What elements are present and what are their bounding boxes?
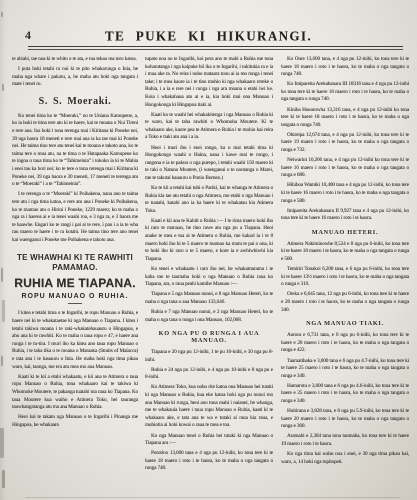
paragraph: Kaati e kii ana te Kahiti o Ruhia :— I t… — [145, 218, 273, 264]
masthead-title: TE PUKE KI HIKURANGI. — [0, 27, 417, 44]
paragraph: Ohireipa 12,674 tana, e 4 nga pu 12-inih… — [281, 132, 409, 155]
paragraph: Aramahi e 2,384 tana tona taumaha, ko to… — [281, 433, 409, 448]
paragraph: Ruhia e 7 nga Manuao nunui, e 2 nga Manu… — [145, 309, 273, 324]
paragraph: Hamarotu e 3,000 tana e 6 nga pu 4.6-ini… — [281, 383, 409, 406]
section-heading-nga-pu: KO NGA PU O RUNGA I AUA MANUAO. — [145, 330, 273, 344]
column-3: Ko Onre 13,600 tana, e 4 nga pu 12-inihi… — [281, 56, 409, 472]
paragraph: Ko Imipareita Arekahanara III 18316 tana… — [281, 81, 409, 104]
scan-artifact — [2, 84, 4, 91]
paragraph: Neiwarini 10,206 tana, e 4 nga pu 12-ini… — [281, 157, 409, 180]
scan-artifact — [1, 356, 3, 366]
paragraph: Ko nga Manuao tenei o Ruhia hei tutaki k… — [145, 433, 273, 448]
column-1: te ahiahi, tae noa ki te whitu o te ata,… — [12, 56, 138, 472]
paragraph: Heoi kai te takatu nga Manuao o te Ingar… — [12, 414, 138, 429]
page-edge-shadow — [0, 0, 6, 500]
scan-artifact — [1, 268, 3, 282]
paragraph: Ko nga tima kai waho noa i enei, e 30 ng… — [281, 451, 409, 466]
article-subheading-ropu-manuao: ROPU MANUAO O RUHIA. — [12, 293, 138, 300]
paragraph: Ko te kii a tetahi kai tuhi o Pariki, ka… — [145, 185, 273, 215]
paragraph: I kitea e tetahi tima o te Ingarihi, te … — [12, 310, 138, 371]
paragraph: Taamatihaka e 3,000 tana e 6 nga pu 4.7-… — [281, 358, 409, 381]
paragraph: Ko tenei tima ko te “Moeraki,” no te Uni… — [12, 113, 138, 189]
paragraph: Porotino 13,600 tana e 4 nga pu 12-inihi… — [145, 450, 273, 472]
rule-top — [28, 46, 403, 47]
paragraph: Heoi i muri iho i enei rongo, ka u mai t… — [145, 145, 273, 183]
masthead-double-rule — [28, 46, 403, 50]
scan-artifact — [1, 12, 3, 17]
paragraph: te ahiahi, tae noa ki te whitu o te ata,… — [12, 56, 138, 64]
paragraph: Ko Onre 13,600 tana, e 4 nga pu 12-inihi… — [281, 56, 409, 79]
subheading-rule — [68, 303, 82, 304]
paragraph: Kaati ki te kii a etahi whakaatu, e kii … — [12, 374, 138, 412]
section-heading-nga-manuao-tiaki: NGA MANUAO TIAKI. — [281, 320, 409, 327]
paragraph: Huitirana e 3,828 tana, e 6 nga pu 5.9-i… — [281, 408, 409, 431]
paragraph: Ko tenei e whakaatu i raro iho nei, he w… — [145, 266, 273, 289]
paragraph: Ruhia e 24 nga pu 12-inihi, e 4 nga pu 1… — [145, 367, 273, 382]
paragraph: I puta hoki tetahi ru nui ki te pito wha… — [12, 66, 138, 89]
scan-artifact — [2, 300, 5, 322]
column-2: tupato noa no te Ingarihi, koi pera ano … — [145, 56, 273, 472]
paragraph: Oreka e 6,645 tana, 12 nga pu 6-inihi, k… — [281, 291, 409, 314]
scan-artifact — [2, 470, 5, 488]
paragraph: Tiapana e 20 nga pu 12-inihi, 1 te pu 10… — [145, 349, 273, 364]
paragraph: Kiniha Huearowha 13,316 tana, e 4 nga pu… — [281, 107, 409, 130]
paragraph: Kaati ko te waahi hei whakakitenga i nga… — [145, 112, 273, 142]
article-heading-ruhia-tiapana: RUHIA ME TIAPANA. — [12, 276, 138, 290]
article-heading-moeraki: S. S. Moeraki. — [12, 96, 138, 107]
page-bottom-shadow — [25, 497, 400, 498]
paragraph: Temitiri Tonakoi 6,200 tana, e 6 nga pu … — [281, 266, 409, 289]
paragraph: Hihiboa Wamiki 10,400 tana e 4 nga pu 12… — [281, 182, 409, 205]
paragraph: Tiapana e 5 nga Manuao nunui, e 8 nga Ma… — [145, 291, 273, 306]
section-heading-manuao-heteri: MANUAO HETERI. — [281, 229, 409, 236]
paragraph: Imipareita Arekahanara II 9,927 tana e 4… — [281, 208, 409, 223]
scan-artifact — [0, 428, 4, 458]
paragraph: Ko Atimera Toko, kua noho rite katoa ona… — [145, 384, 273, 430]
rule-bottom — [28, 49, 403, 50]
paragraph: tupato noa no te Ingarihi, koi pera ano … — [145, 56, 273, 109]
paragraph: Aurora e 6,731 tana, e 8 nga pu 6-inihi,… — [281, 332, 409, 355]
paragraph: Atimera Nakiminowhe 8,524 e 8 nga pu 6-i… — [281, 241, 409, 264]
paragraph: I te rerenga o te “Moeraki” ki Poihakena… — [12, 191, 138, 244]
article-heading-war: TE WHAWHAI KI TE RAWHITI PAMAMAO. — [12, 253, 138, 272]
